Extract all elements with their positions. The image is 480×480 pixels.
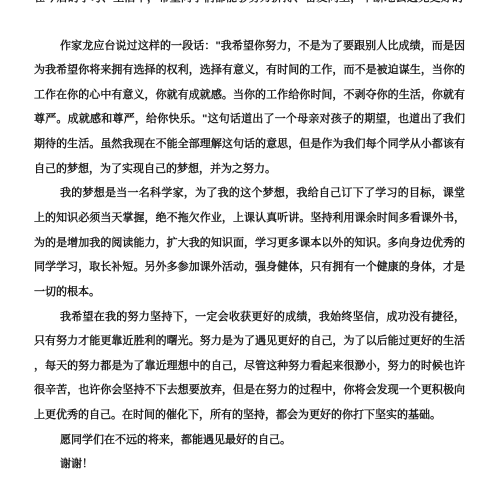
- document-body: 作家龙应台说过这样的一段话："我希望你努力，不是为了要跟别人比成绩，而是因为我希…: [34, 34, 465, 478]
- text-line: 谢谢！: [34, 452, 465, 477]
- text-line: 尊严。成就感和尊严，给你快乐。"这句话道出了一个母亲对孩子的期望，也道出了我们: [34, 107, 465, 132]
- text-line: 为我希望你将来拥有选择的权利，选择有意义，有时间的工作，而不是被迫谋生，当你的: [34, 58, 465, 83]
- text-line: 自己的梦想，为了实现自己的梦想，并为之努力。: [34, 157, 465, 182]
- text-line: 工作在你的心中有意义，你就有成就感。当你的工作给你时间，不剥夺你的生活，你就有: [34, 83, 465, 108]
- text-line: 我希望在我的努力坚持下，一定会收获更好的成绩，我始终坚信，成功没有捷径，: [34, 305, 465, 330]
- text-line: 期待的生活。虽然我现在不能全部理解这句话的意思，但是作为我们每个同学从小都该有: [34, 132, 465, 157]
- text-line: 上更优秀的自己。在时间的催化下，所有的坚持，都会为更好的你打下坚实的基础。: [34, 403, 465, 428]
- text-line: 愿同学们在不远的将来，都能遇见最好的自己。: [34, 428, 465, 453]
- clipped-text-line: 在今后的学习、生活中，希望同学们都能够努力拼搏、奋发向上，不断地去遇见更好的自己…: [34, 0, 465, 5]
- text-line: ，每天的努力都是为了靠近理想中的自己，尽管这种努力看起来很渺小，努力的时候也许: [34, 354, 465, 379]
- clipped-text-line-content: 在今后的学习、生活中，希望同学们都能够努力拼搏、奋发向上，不断地去遇见更好的自己…: [34, 0, 465, 4]
- text-line: 为的是增加我的阅读能力，扩大我的知识面，学习更多课本以外的知识。多向身边优秀的: [34, 231, 465, 256]
- document-page: 在今后的学习、生活中，希望同学们都能够努力拼搏、奋发向上，不断地去遇见更好的自己…: [0, 0, 480, 480]
- text-line: 作家龙应台说过这样的一段话："我希望你努力，不是为了要跟别人比成绩，而是因: [34, 34, 465, 59]
- text-line: 上的知识必须当天掌握，绝不拖欠作业，上课认真听讲。坚持利用课余时间多看课外书，: [34, 206, 465, 231]
- text-line: 很辛苦，也许你会坚持不下去想要放弃，但是在努力的过程中，你将会发现一个更积极向: [34, 378, 465, 403]
- text-line: 我的梦想是当一名科学家，为了我的这个梦想，我给自己订下了学习的目标，课堂: [34, 181, 465, 206]
- text-line: 一切的根本。: [34, 280, 465, 305]
- text-line: 只有努力才能更靠近胜利的曙光。努力是为了遇见更好的自己，为了以后能过更好的生活: [34, 329, 465, 354]
- text-line: 同学学习，取长补短。另外多参加课外活动，强身健体，只有拥有一个健康的身体，才是: [34, 255, 465, 280]
